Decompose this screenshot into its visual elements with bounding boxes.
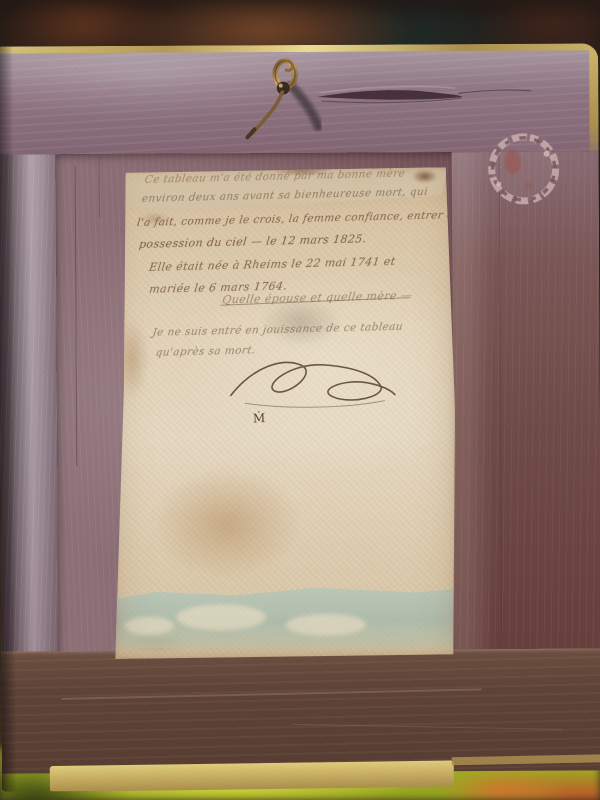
frame-bottom-rail: [1, 648, 600, 773]
paper-vignette: [112, 167, 457, 659]
frame-back: Ce tableau m'a été donné par ma bonne mè…: [0, 43, 600, 791]
seal-red-patch: [505, 150, 521, 174]
paper-label: Ce tableau m'a été donné par ma bonne mè…: [112, 167, 457, 659]
gilt-bottom-edge: [50, 760, 454, 791]
wood-crack: [313, 82, 538, 113]
gilt-right-edge: [589, 49, 599, 161]
ring-wire-tail: [252, 92, 282, 133]
frame-right-rail: [452, 151, 600, 649]
wax-seal-mark: [468, 124, 579, 225]
photograph: Ce tableau m'a été donné par ma bonne mè…: [0, 0, 600, 800]
